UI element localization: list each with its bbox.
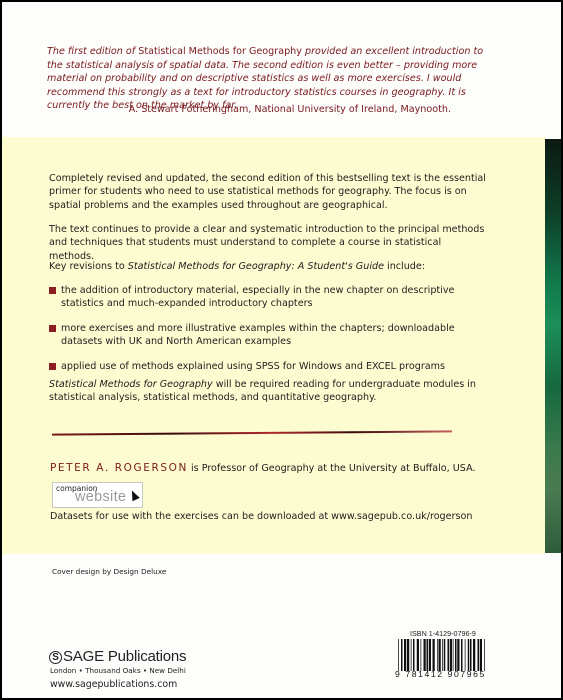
author-name: PETER A. ROGERSON (50, 462, 188, 474)
publisher-logo: SSAGE Publications (49, 648, 186, 665)
key-revisions-list: the addition of introductory material, e… (49, 284, 489, 384)
isbn-label: ISBN 1-4129-0796-9 (410, 629, 476, 638)
cover-design-credit: Cover design by Design Deluxe (52, 567, 166, 576)
description-paragraph-1: Completely revised and updated, the seco… (49, 172, 489, 212)
list-item-text: more exercises and more illustrative exa… (61, 323, 455, 347)
publisher-url: www.sagepublications.com (50, 679, 177, 690)
list-item: the addition of introductory material, e… (49, 284, 489, 311)
key-revisions-title: Statistical Methods for Geography: A Stu… (128, 261, 384, 272)
quote-part-1: The first edition of (47, 46, 138, 57)
publisher-name: SAGE Publications (63, 648, 186, 665)
square-bullet-icon (49, 363, 56, 370)
barcode-icon (398, 639, 487, 671)
quote-attribution: A. Stewart Fotheringham, National Univer… (129, 104, 451, 115)
barcode-digits: 9 781412 907965 (395, 669, 486, 679)
quote-book-title: Statistical Methods for Geography (138, 46, 302, 57)
book-back-cover: The first edition of Statistical Methods… (2, 2, 561, 698)
list-item: more exercises and more illustrative exa… (49, 322, 489, 349)
closing-book-title: Statistical Methods for Geography (49, 379, 213, 390)
green-spine-stripe (545, 139, 561, 553)
author-bio-text: is Professor of Geography at the Univers… (188, 463, 476, 474)
website-label: website (75, 489, 126, 505)
pointer-cursor-icon (128, 489, 139, 501)
datasets-download-text: Datasets for use with the exercises can … (50, 511, 472, 522)
list-item-text: the addition of introductory material, e… (61, 285, 454, 309)
key-revisions-prefix: Key revisions to (49, 261, 128, 272)
list-item: applied use of methods explained using S… (49, 360, 489, 373)
companion-website-badge[interactable]: companion website (52, 482, 143, 508)
sage-s-logo-icon: S (49, 651, 62, 664)
square-bullet-icon (49, 287, 56, 294)
description-paragraph-2: The text continues to provide a clear an… (49, 223, 489, 263)
author-bio: PETER A. ROGERSON is Professor of Geogra… (50, 462, 476, 474)
square-bullet-icon (49, 325, 56, 332)
list-item-text: applied use of methods explained using S… (61, 361, 445, 372)
key-revisions-intro: Key revisions to Statistical Methods for… (49, 260, 489, 273)
key-revisions-suffix: include: (384, 261, 425, 272)
closing-paragraph: Statistical Methods for Geography will b… (49, 378, 489, 405)
endorsement-quote: The first edition of Statistical Methods… (47, 45, 487, 113)
publisher-cities: London • Thousand Oaks • New Delhi (50, 666, 186, 675)
